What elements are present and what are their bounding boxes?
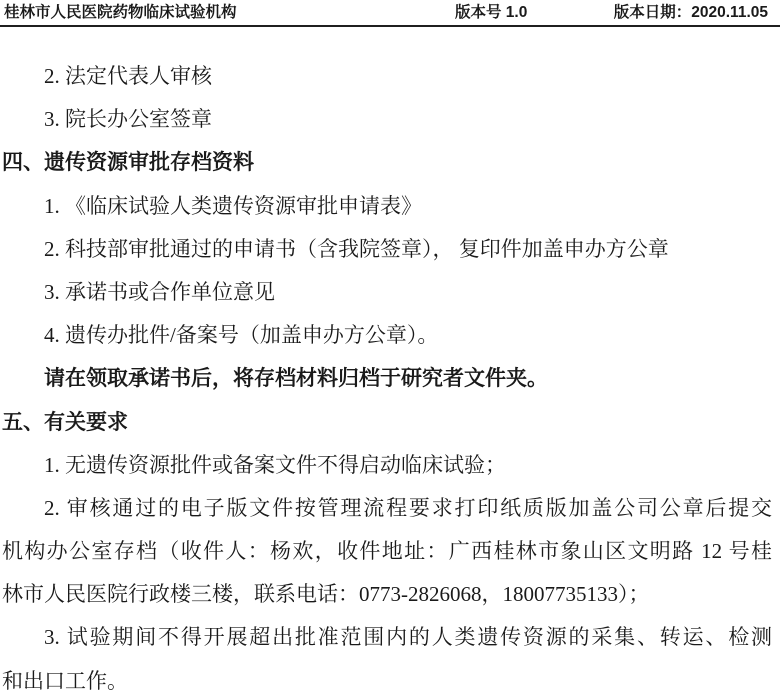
- page-header: 桂林市人民医院药物临床试验机构 版本号 1.0 版本日期：2020.11.05: [0, 0, 780, 27]
- section-heading-requirements: 五、有关要求: [2, 401, 772, 444]
- list-item-director-office-seal: 3. 院长办公室签章: [2, 98, 772, 141]
- note-archive-instruction: 请在领取承诺书后，将存档材料归档于研究者文件夹。: [2, 357, 772, 400]
- list-item-genetic-office-approval: 4. 遗传办批件/备案号（加盖申办方公章）。: [2, 314, 772, 357]
- header-version-number: 版本号 1.0: [455, 0, 527, 25]
- section-heading-genetic-resource-archive: 四、遗传资源审批存档资料: [2, 141, 772, 184]
- list-item-commitment-letter: 3. 承诺书或合作单位意见: [2, 271, 772, 314]
- list-item-most-approved-application: 2. 科技部审批通过的申请书（含我院签章）， 复印件加盖申办方公章: [2, 228, 772, 271]
- requirement-item-submit-paper-line-2: 机构办公室存档（收件人：杨欢，收件地址：广西桂林市象山区文明路 12 号桂: [2, 530, 772, 573]
- list-item-legal-representative-review: 2. 法定代表人审核: [2, 55, 772, 98]
- header-org-title: 桂林市人民医院药物临床试验机构: [4, 0, 237, 25]
- requirement-item-scope-limit-line-1: 3. 试验期间不得开展超出批准范围内的人类遗传资源的采集、转运、检测: [2, 616, 772, 659]
- document-body: 2. 法定代表人审核 3. 院长办公室签章 四、遗传资源审批存档资料 1. 《临…: [2, 55, 772, 698]
- requirement-item-scope-limit-line-2: 和出口工作。: [2, 660, 772, 698]
- header-version-date: 版本日期：2020.11.05: [614, 0, 768, 25]
- list-item-application-form: 1. 《临床试验人类遗传资源审批申请表》: [2, 185, 772, 228]
- requirement-item-no-approval-no-start: 1. 无遗传资源批件或备案文件不得启动临床试验；: [2, 444, 772, 487]
- document-page: 桂林市人民医院药物临床试验机构 版本号 1.0 版本日期：2020.11.05 …: [0, 0, 780, 698]
- requirement-item-submit-paper-line-1: 2. 审核通过的电子版文件按管理流程要求打印纸质版加盖公司公章后提交: [2, 487, 772, 530]
- requirement-item-submit-paper-line-3: 林市人民医院行政楼三楼，联系电话：0773-2826068，1800773513…: [2, 573, 772, 616]
